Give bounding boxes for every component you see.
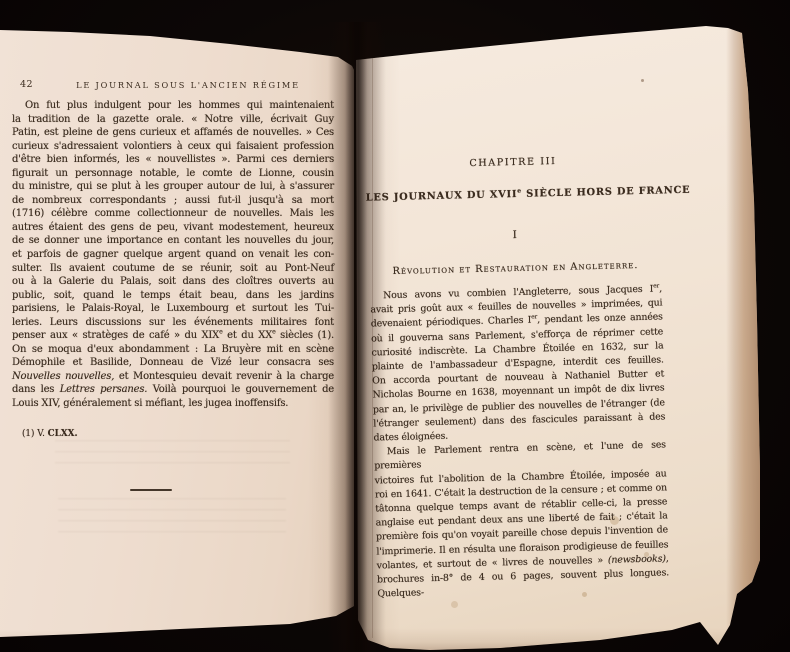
book-photograph: 42 LE JOURNAL SOUS L'ANCIEN RÉGIME On fu…: [0, 0, 790, 652]
text-line: (1716) célèbre comme collectionneur de n…: [12, 207, 334, 221]
text-line: de se donner une importance en contant l…: [12, 234, 334, 248]
text-line: penser aux « stratèges de café » du XIXe…: [12, 329, 334, 343]
running-header: LE JOURNAL SOUS L'ANCIEN RÉGIME: [42, 80, 334, 90]
text-line: brochures in-8° de 4 ou 6 pages, souvent…: [377, 566, 670, 602]
text-line: et parfois de gagner quelque argent quan…: [12, 248, 334, 262]
text-line: figurait un personnage notable, le comte…: [12, 167, 334, 181]
text-line: curieux s'adressaient volontiers à ceux …: [12, 140, 334, 154]
text-line: ou à la Galerie du Palais, soit dans des…: [12, 275, 334, 289]
text-line: public, soit, quand le temps était beau,…: [12, 289, 334, 303]
left-page-content: 42 LE JOURNAL SOUS L'ANCIEN RÉGIME On fu…: [0, 0, 354, 652]
left-running-head: 42 LE JOURNAL SOUS L'ANCIEN RÉGIME: [12, 79, 334, 93]
text-line: Démophile et Basilide, Donneau de Vizé l…: [12, 356, 334, 370]
right-page: CHAPITRE III LES JOURNAUX DU XVIIe SIÈCL…: [352, 0, 790, 652]
text-line: leries. Leurs discussions sur les événem…: [12, 316, 334, 330]
left-page: 42 LE JOURNAL SOUS L'ANCIEN RÉGIME On fu…: [0, 0, 354, 652]
text-line: de nombreux correspondants ; aussi fut-i…: [12, 194, 334, 208]
text-line: autres étaient des gens de peu, vivant m…: [12, 221, 334, 235]
right-body-text: Nous avons vu combien l'Angleterre, sous…: [370, 282, 670, 602]
text-line: Nouvelles nouvelles, et Montesquieu deva…: [12, 370, 334, 384]
text-line: d'être bien informés, les « nouvellistes…: [12, 153, 334, 167]
text-line: On se moqua d'eux abondamment : La Bruyè…: [12, 343, 334, 357]
section-heading: Révolution et Restauration en Angleterre…: [367, 259, 663, 277]
text-line: Louis XIV, généralement si méfiant, les …: [12, 397, 334, 411]
paragraph-2: Mais le Parlement rentra en scène, et l'…: [374, 439, 670, 602]
text-line: sulter. Ils avaient coutume de se réunir…: [12, 262, 334, 276]
bleed-through-text: [58, 498, 286, 540]
text-line: Patin, est pleine de gens curieux et aff…: [12, 126, 334, 140]
text-line: du ministre, qui se plut à les grouper a…: [12, 180, 334, 194]
paragraph-1: Nous avons vu combien l'Angleterre, sous…: [370, 282, 666, 445]
bleed-through-text: [55, 440, 290, 472]
text-line: On fut plus indulgent pour les hommes qu…: [12, 99, 334, 113]
chapter-label: CHAPITRE III: [365, 153, 661, 171]
chapter-title: LES JOURNAUX DU XVIIe SIÈCLE HORS DE FRA…: [366, 185, 662, 203]
text-line: la tradition de la gazette orale. « Notr…: [12, 113, 334, 127]
right-page-content: CHAPITRE III LES JOURNAUX DU XVIIe SIÈCL…: [361, 0, 673, 644]
section-divider-rule: [130, 489, 172, 491]
left-body-text: On fut plus indulgent pour les hommes qu…: [12, 99, 334, 411]
footnote: (1) V. CLXX.: [12, 429, 334, 439]
text-line: parisiens, le Palais-Royal, le Luxembour…: [12, 302, 334, 316]
page-number: 42: [20, 79, 33, 90]
section-number: I: [367, 225, 663, 244]
text-line: dans les Lettres persanes. Voilà pourquo…: [12, 383, 334, 397]
